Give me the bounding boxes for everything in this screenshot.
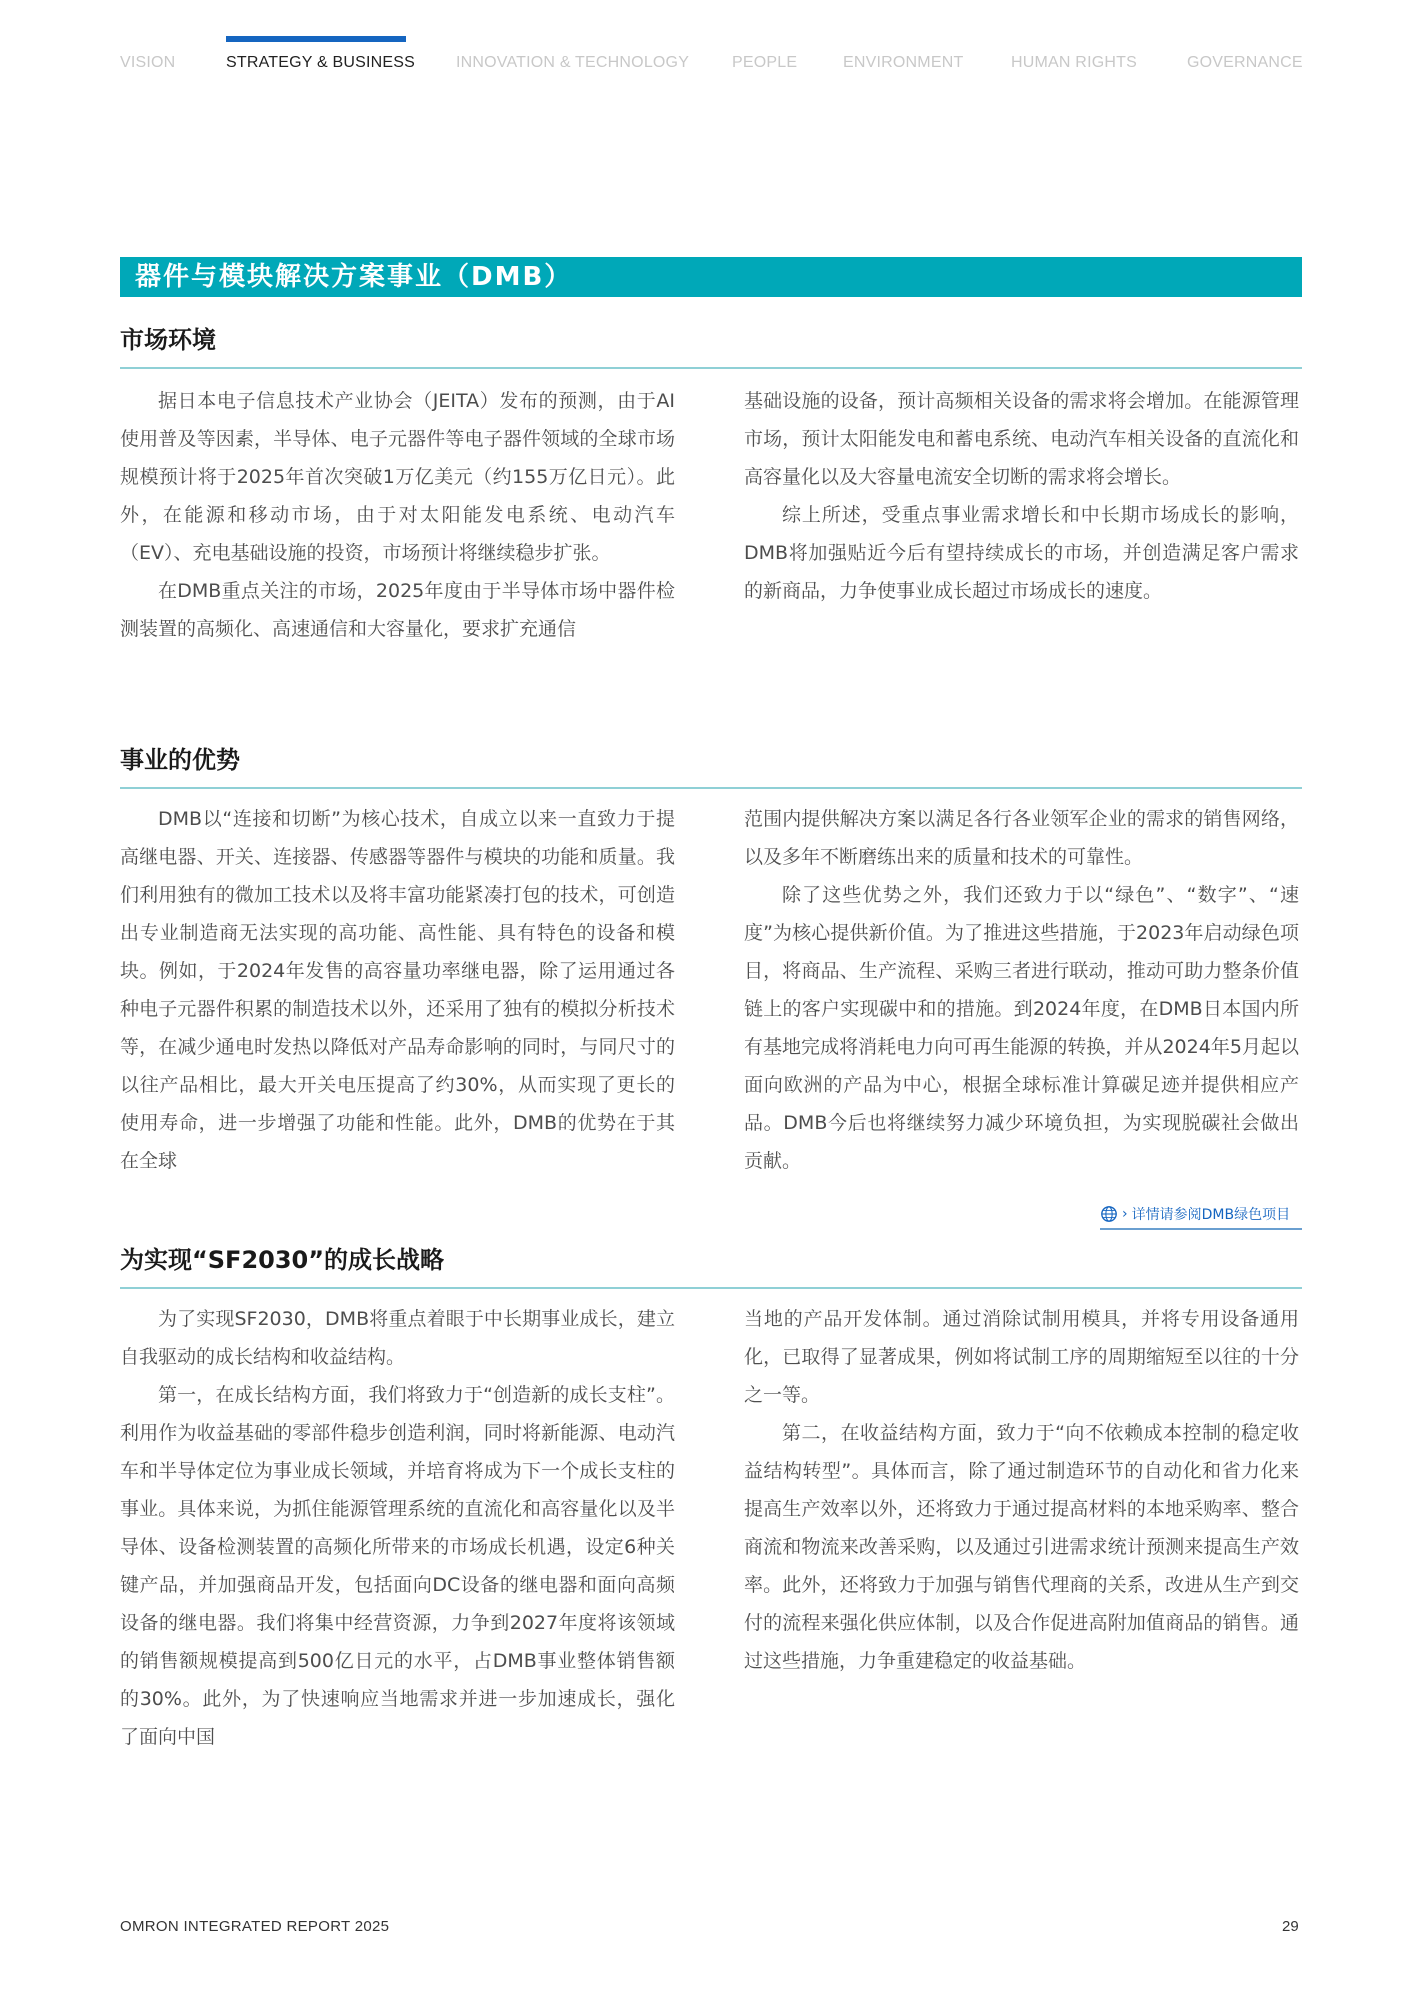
market-environment-right-column: 基础设施的设备，预计高频相关设备的需求将会增加。在能源管理市场，预计太阳能发电和… <box>744 382 1299 610</box>
heading-market-environment: 市场环境 <box>120 320 1302 369</box>
paragraph: DMB以“连接和切断”为核心技术，自成立以来一直致力于提高继电器、开关、连接器、… <box>120 800 675 1180</box>
paragraph: 第一，在成长结构方面，我们将致力于“创造新的成长支柱”。利用作为收益基础的零部件… <box>120 1376 675 1756</box>
market-environment-left-column: 据日本电子信息技术产业协会（JEITA）发布的预测，由于AI使用普及等因素，半导… <box>120 382 675 648</box>
heading-business-strengths: 事业的优势 <box>120 740 1302 789</box>
paragraph: 范围内提供解决方案以满足各行各业领军企业的需求的销售网络，以及多年不断磨练出来的… <box>744 800 1299 876</box>
nav-tab-innovation-technology[interactable]: INNOVATION & TECHNOLOGY <box>456 54 689 72</box>
paragraph: 除了这些优势之外，我们还致力于以“绿色”、“数字”、“速度”为核心提供新价值。为… <box>744 876 1299 1180</box>
top-navigation: VISION STRATEGY & BUSINESS INNOVATION & … <box>0 36 1414 86</box>
globe-icon <box>1100 1205 1118 1223</box>
paragraph: 综上所述，受重点事业需求增长和中长期市场成长的影响，DMB将加强贴近今后有望持续… <box>744 496 1299 610</box>
sf2030-right-column: 当地的产品开发体制。通过消除试制用模具，并将专用设备通用化，已取得了显著成果，例… <box>744 1300 1299 1680</box>
link-label: 详情请参阅DMB绿色项目 <box>1132 1204 1290 1224</box>
chevron-right-icon: › <box>1122 1206 1128 1222</box>
nav-tab-people[interactable]: PEOPLE <box>732 54 797 72</box>
paragraph: 据日本电子信息技术产业协会（JEITA）发布的预测，由于AI使用普及等因素，半导… <box>120 382 675 572</box>
nav-tab-governance[interactable]: GOVERNANCE <box>1187 54 1303 72</box>
page-number: 29 <box>1282 1918 1299 1935</box>
nav-tab-human-rights[interactable]: HUMAN RIGHTS <box>1011 54 1137 72</box>
dmb-green-project-link[interactable]: › 详情请参阅DMB绿色项目 <box>1100 1200 1302 1230</box>
nav-tab-environment[interactable]: ENVIRONMENT <box>843 54 963 72</box>
sf2030-left-column: 为了实现SF2030，DMB将重点着眼于中长期事业成长，建立自我驱动的成长结构和… <box>120 1300 675 1756</box>
nav-tab-vision[interactable]: VISION <box>120 54 175 72</box>
business-strengths-left-column: DMB以“连接和切断”为核心技术，自成立以来一直致力于提高继电器、开关、连接器、… <box>120 800 675 1180</box>
business-strengths-right-column: 范围内提供解决方案以满足各行各业领军企业的需求的销售网络，以及多年不断磨练出来的… <box>744 800 1299 1180</box>
paragraph: 为了实现SF2030，DMB将重点着眼于中长期事业成长，建立自我驱动的成长结构和… <box>120 1300 675 1376</box>
report-title: OMRON INTEGRATED REPORT 2025 <box>120 1918 389 1935</box>
paragraph: 基础设施的设备，预计高频相关设备的需求将会增加。在能源管理市场，预计太阳能发电和… <box>744 382 1299 496</box>
active-tab-indicator <box>226 36 406 42</box>
paragraph: 在DMB重点关注的市场，2025年度由于半导体市场中器件检测装置的高频化、高速通… <box>120 572 675 648</box>
paragraph: 当地的产品开发体制。通过消除试制用模具，并将专用设备通用化，已取得了显著成果，例… <box>744 1300 1299 1414</box>
paragraph: 第二，在收益结构方面，致力于“向不依赖成本控制的稳定收益结构转型”。具体而言，除… <box>744 1414 1299 1680</box>
heading-sf2030-growth-strategy: 为实现“SF2030”的成长战略 <box>120 1240 1302 1289</box>
nav-tab-strategy-business[interactable]: STRATEGY & BUSINESS <box>226 54 415 72</box>
section-banner: 器件与模块解决方案事业（DMB） <box>120 257 1302 297</box>
